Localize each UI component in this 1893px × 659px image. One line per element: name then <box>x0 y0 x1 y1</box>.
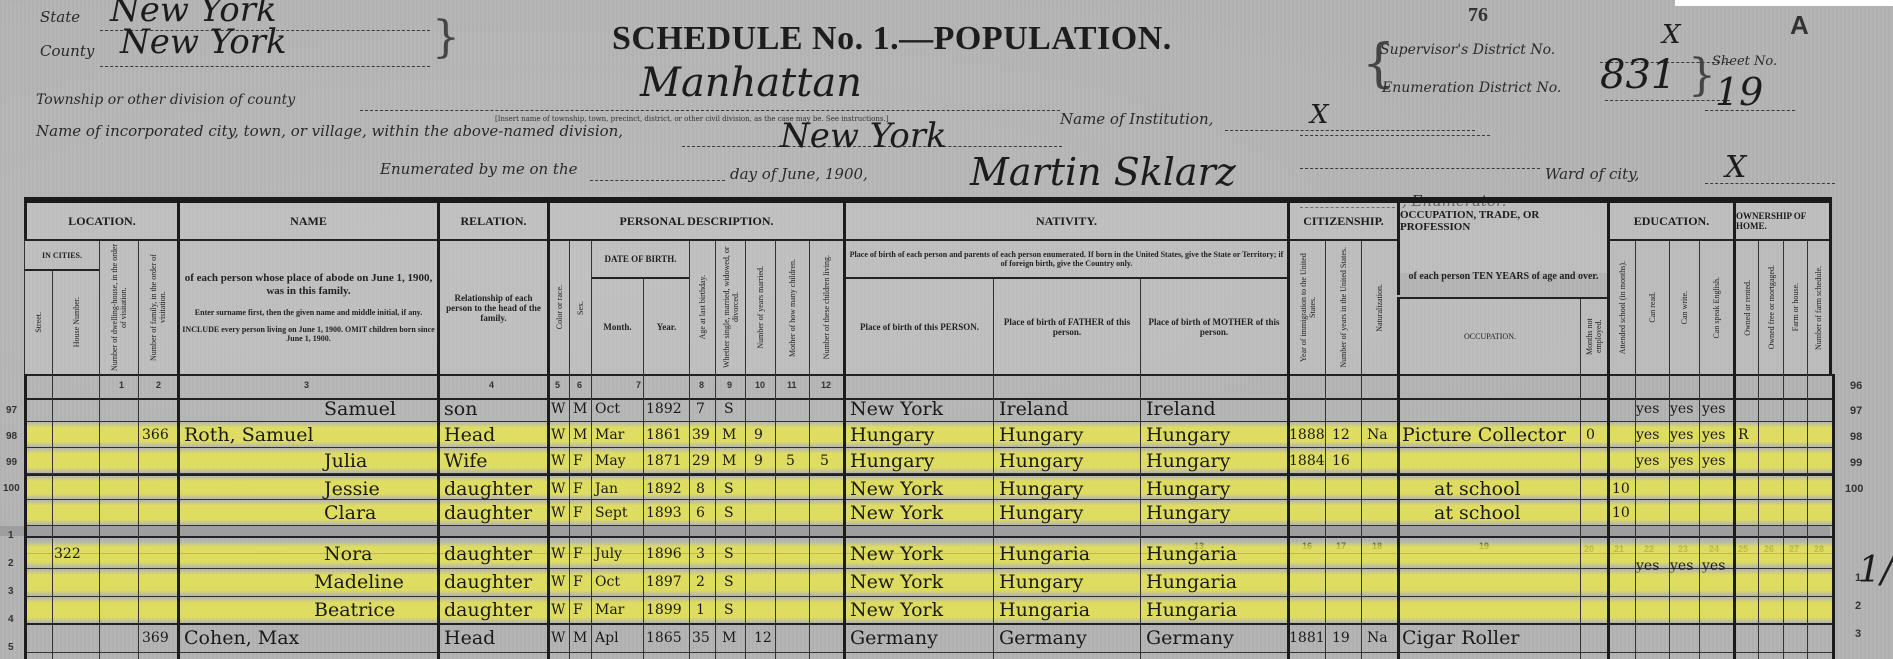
birthplace-father: Hungary <box>999 476 1083 502</box>
years-in-us: 16 <box>1332 448 1350 474</box>
mother-of: 5 <box>786 448 795 474</box>
relation: Head <box>444 422 495 448</box>
line-number: 5 <box>8 642 14 653</box>
subhead-year-immigration: Year of immigration to the United States… <box>1287 239 1325 374</box>
name-note-surname: Enter surname first, then the given name… <box>195 308 422 317</box>
relation: daughter <box>444 597 532 623</box>
grid-line <box>1832 374 1835 659</box>
subhead-age: Age at last birthday. <box>689 239 715 374</box>
group-nativity: NATIVITY. <box>843 203 1287 239</box>
table-row[interactable]: Clara daughter W F Sept 1893 6 S New Yor… <box>24 500 1832 526</box>
color: W <box>551 597 565 623</box>
birthplace-person: New York <box>850 476 943 502</box>
margin-annotation: 1/9 <box>1858 550 1893 591</box>
line-number: 97 <box>6 405 17 416</box>
subhead-attended-school: Attended school (in months). <box>1607 239 1635 374</box>
grid-line <box>745 374 746 659</box>
birthplace-person: New York <box>850 396 943 422</box>
enumeration-district-label: Enumeration District No. <box>1382 80 1561 96</box>
birthplace-mother: Hungaria <box>1146 569 1237 595</box>
birthplace-mother: Hungaria <box>1146 597 1237 623</box>
grid-line <box>1607 374 1610 659</box>
children-living: 5 <box>820 448 829 474</box>
color: W <box>551 569 565 595</box>
ward-lead-line <box>1300 168 1540 169</box>
age: 7 <box>696 396 705 422</box>
subhead-date-of-birth: DATE OF BIRTH. <box>591 239 689 277</box>
birthplace-mother: Germany <box>1146 625 1234 651</box>
subhead-occupation-desc: of each person TEN YEARS of age and over… <box>1397 257 1607 295</box>
age: 29 <box>692 448 710 474</box>
relation: daughter <box>444 569 532 595</box>
subhead-can-write: Can write. <box>1669 239 1699 374</box>
grid-line <box>138 374 139 659</box>
given-name: Julia <box>324 448 367 474</box>
grid-line <box>1325 374 1326 659</box>
birthplace-mother: Ireland <box>1146 396 1216 422</box>
township-value: Manhattan <box>640 60 862 106</box>
age: 3 <box>696 541 705 567</box>
subhead-street: Street. <box>24 269 52 374</box>
column-number: 6 <box>577 380 582 390</box>
county-label: County <box>40 42 94 60</box>
table-row[interactable]: Jessie daughter W F Jan 1892 8 S New Yor… <box>24 474 1832 500</box>
given-name: Madeline <box>314 569 404 595</box>
naturalization: Na <box>1367 422 1388 448</box>
months-unemployed-text: Months not employed. <box>1585 301 1603 372</box>
occupation: Picture Collector <box>1402 422 1566 448</box>
color: W <box>551 625 565 651</box>
subhead-birth-person: Place of birth of this PERSON. <box>843 277 993 374</box>
birthplace-person: Hungary <box>850 448 934 474</box>
birth-year: 1892 <box>646 396 682 422</box>
right-line-number: 97 <box>1850 405 1862 417</box>
subhead-month: Month. <box>591 277 643 374</box>
table-row[interactable]: Beatrice daughter W F Mar 1899 1 S New Y… <box>24 597 1832 625</box>
grid-line <box>177 374 180 659</box>
years-married-text: Number of years married. <box>756 266 765 349</box>
marital-status: S <box>724 541 734 567</box>
sheet-value: 19 <box>1715 70 1763 114</box>
institution-line <box>1225 130 1475 131</box>
sex: M <box>573 396 587 422</box>
relation: Head <box>444 625 495 651</box>
grid-line <box>1783 374 1784 659</box>
birth-year: 1896 <box>646 541 682 567</box>
years-married: 9 <box>754 448 763 474</box>
ward-value: X <box>1725 150 1746 185</box>
can-write-text: Can write. <box>1680 291 1689 324</box>
grid-line <box>1758 374 1759 659</box>
column-number: 7 <box>636 380 641 390</box>
owned-rented: R <box>1738 422 1749 448</box>
can-write: yes <box>1670 422 1693 448</box>
birth-year: 1893 <box>646 500 682 526</box>
can-read: yes <box>1636 422 1659 448</box>
group-citizenship: CITIZENSHIP. <box>1287 203 1397 239</box>
grid-line <box>1287 374 1290 659</box>
color: W <box>551 476 565 502</box>
column-number: 8 <box>699 380 704 390</box>
population-schedule-table: LOCATION. NAME RELATION. PERSONAL DESCRI… <box>24 197 1832 659</box>
birth-month: Jan <box>595 476 618 502</box>
column-number: 10 <box>755 380 765 390</box>
grid-line <box>1397 374 1400 659</box>
grid-line <box>52 374 53 659</box>
age: 35 <box>692 625 710 651</box>
birthplace-father: Hungaria <box>999 541 1090 567</box>
attended-school-text: Attended school (in months). <box>1618 261 1627 354</box>
dwelling-number-text: Number of dwelling-house, in the order o… <box>110 243 128 372</box>
birth-year: 1892 <box>646 476 682 502</box>
table-row[interactable]: 366 Roth, Samuel Head W M Mar 1861 39 M … <box>24 422 1832 448</box>
line-number: 1 <box>8 530 14 541</box>
birthplace-mother: Hungary <box>1146 476 1230 502</box>
grid-line <box>547 374 550 659</box>
grid-line <box>1635 374 1636 659</box>
schedule-number-text: Number of farm schedule. <box>1814 266 1823 350</box>
naturalization: Na <box>1367 625 1388 651</box>
column-number: 11 <box>787 380 797 390</box>
county-value: New York <box>120 22 287 62</box>
brace-icon: } <box>432 12 460 63</box>
line-number: 2 <box>8 558 14 569</box>
color-text: Color or race. <box>555 285 564 329</box>
sex: M <box>573 625 587 651</box>
full-name: Cohen, Max <box>184 625 299 651</box>
subhead-owned-rented: Owned or rented. <box>1733 239 1758 374</box>
township-line <box>360 110 1060 111</box>
marital-status: M <box>722 448 736 474</box>
state-label: State <box>40 8 80 26</box>
can-speak-english: yes <box>1702 448 1725 474</box>
relation: daughter <box>444 476 532 502</box>
subhead-schedule-number: Number of farm schedule. <box>1807 239 1832 374</box>
birth-month: Mar <box>595 597 624 623</box>
group-personal-description: PERSONAL DESCRIPTION. <box>547 203 843 239</box>
sex: F <box>573 500 583 526</box>
can-speak-english: yes <box>1702 422 1725 448</box>
relation: Wife <box>444 448 488 474</box>
census-page: State New York County New York } SCHEDUL… <box>0 0 1893 659</box>
birth-year: 1861 <box>646 422 682 448</box>
birthplace-person: New York <box>850 569 943 595</box>
grid-line <box>715 374 716 659</box>
institution-line-2 <box>1300 135 1490 136</box>
subhead-can-speak-english: Can speak English. <box>1699 239 1733 374</box>
color: W <box>551 541 565 567</box>
given-name: Beatrice <box>314 597 395 623</box>
right-line-number: 100 <box>1845 483 1863 495</box>
years-in-us: 12 <box>1332 422 1350 448</box>
owned-rented-text: Owned or rented. <box>1743 280 1752 336</box>
color: W <box>551 396 565 422</box>
column-number: 5 <box>555 380 560 390</box>
table-row[interactable]: Julia Wife W F May 1871 29 M 9 5 5 Hunga… <box>24 448 1832 474</box>
birthplace-father: Hungary <box>999 448 1083 474</box>
subhead-can-read: Can read. <box>1635 239 1669 374</box>
group-ownership-of-home: OWNERSHIP OF HOME. <box>1733 203 1832 239</box>
attended-school: 10 <box>1612 500 1630 526</box>
occupation: at school <box>1434 500 1521 526</box>
birthplace-father: Hungary <box>999 422 1083 448</box>
birthplace-person: New York <box>850 597 943 623</box>
scan-seam <box>0 526 1830 536</box>
subhead-owned-free: Owned free or mortgaged. <box>1758 239 1783 374</box>
subhead-naturalization: Naturalization. <box>1361 239 1397 374</box>
subhead-children-living: Number of these children living. <box>809 239 843 374</box>
birthplace-mother: Hungaria <box>1146 541 1237 567</box>
marital-status: S <box>724 569 734 595</box>
relation: daughter <box>444 500 532 526</box>
can-speak-english: yes <box>1702 396 1725 422</box>
attended-school: 10 <box>1612 476 1630 502</box>
grid-line <box>1807 374 1808 659</box>
can-read: yes <box>1636 448 1659 474</box>
grid-line <box>1361 374 1362 659</box>
family-number-text: Number of family, in the order of visita… <box>149 243 167 372</box>
marital-status: M <box>722 422 736 448</box>
supervisor-district-label: Supervisor's District No. <box>1380 42 1555 58</box>
can-write: yes <box>1670 396 1693 422</box>
grid-line <box>843 374 846 659</box>
birthplace-father: Ireland <box>999 396 1069 422</box>
subhead-house-number: House Number. <box>52 269 99 374</box>
family-number: 369 <box>142 625 169 651</box>
grid-line <box>1733 374 1736 659</box>
right-line-number: 99 <box>1850 457 1862 469</box>
birthplace-father: Hungary <box>999 569 1083 595</box>
birthplace-person: New York <box>850 500 943 526</box>
year-immigration-text: Year of immigration to the United States… <box>1299 243 1317 372</box>
subhead-family-number: Number of family, in the order of visita… <box>138 239 177 374</box>
institution-label: Name of Institution, <box>1060 110 1213 128</box>
color: W <box>551 448 565 474</box>
marital-text: Whether single, married, widowed, or div… <box>722 243 740 372</box>
name-note-include: INCLUDE every person living on June 1, 1… <box>182 325 435 343</box>
column-number: 12 <box>821 380 831 390</box>
street-text: Street. <box>34 312 43 333</box>
birth-year: 1871 <box>646 448 682 474</box>
grid-line <box>643 374 644 659</box>
birthplace-father: Hungary <box>999 500 1083 526</box>
birthplace-person: New York <box>850 541 943 567</box>
group-name: NAME <box>177 203 437 239</box>
page-title: SCHEDULE No. 1.—POPULATION. <box>612 20 1172 58</box>
table-row[interactable]: son Samuel W M Oct 1892 7 S New York Ire… <box>24 396 1832 422</box>
age-text: Age at last birthday. <box>698 275 707 339</box>
subhead-birth-father: Place of birth of FATHER of this person. <box>993 277 1140 374</box>
sex: M <box>573 422 587 448</box>
sheet-letter: A <box>1790 10 1809 41</box>
birthplace-father: Hungaria <box>999 597 1090 623</box>
right-line-number: 96 <box>1850 380 1862 392</box>
owned-free-text: Owned free or mortgaged. <box>1767 265 1776 349</box>
year-immigration: 1881 <box>1289 625 1325 651</box>
mother-of-text: Mother of how many children. <box>788 259 797 357</box>
column-number: 2 <box>156 380 161 390</box>
age: 2 <box>696 569 705 595</box>
column-number: 1 <box>119 380 124 390</box>
grid-line <box>569 374 570 659</box>
page-number: 76 <box>1468 4 1488 27</box>
months-unemployed: 0 <box>1586 422 1595 448</box>
marital-status: S <box>724 597 734 623</box>
subhead-year: Year. <box>643 277 689 374</box>
enumerator-signature: Martin Sklarz <box>970 150 1236 194</box>
marital-status: S <box>724 476 734 502</box>
grid-line <box>99 374 100 659</box>
subhead-birth-mother: Place of birth of MOTHER of this person. <box>1140 277 1287 374</box>
sex: F <box>573 476 583 502</box>
scan-edge <box>1675 0 1893 6</box>
age: 6 <box>696 500 705 526</box>
birth-month: Oct <box>595 569 620 595</box>
relation: son <box>444 396 477 422</box>
township-label: Township or other division of county <box>36 92 295 108</box>
grid-line <box>993 374 994 659</box>
can-read: yes <box>1636 396 1659 422</box>
subhead-occupation: OCCUPATION. <box>1397 297 1580 374</box>
can-read-text: Can read. <box>1648 292 1657 323</box>
marital-status: M <box>722 625 736 651</box>
family-number: 366 <box>142 422 169 448</box>
incorporated-value: New York <box>780 116 947 156</box>
marital-status: S <box>724 500 734 526</box>
sex: F <box>573 541 583 567</box>
line-number: 4 <box>8 614 14 625</box>
sex: F <box>573 569 583 595</box>
group-relation: RELATION. <box>437 203 547 239</box>
birth-year: 1899 <box>646 597 682 623</box>
age: 1 <box>696 597 705 623</box>
year-immigration: 1884 <box>1289 448 1325 474</box>
years-married: 12 <box>754 625 772 651</box>
year-immigration: 1888 <box>1289 422 1325 448</box>
supervisor-district-value: X <box>1662 20 1681 50</box>
grid-line <box>24 374 27 659</box>
given-name: Nora <box>324 541 372 567</box>
given-name: Samuel <box>324 396 396 422</box>
sex: F <box>573 448 583 474</box>
can-write: yes <box>1670 448 1693 474</box>
relation: daughter <box>444 541 532 567</box>
county-line <box>100 66 430 67</box>
grid-line <box>1580 374 1581 659</box>
enumerated-day-line <box>590 180 725 181</box>
grid-line <box>1699 374 1700 659</box>
column-number: 3 <box>304 380 309 390</box>
color: W <box>551 500 565 526</box>
birthplace-person: Germany <box>850 625 938 651</box>
line-number: 98 <box>6 431 17 442</box>
full-name: Roth, Samuel <box>184 422 314 448</box>
birth-month: Mar <box>595 422 624 448</box>
right-line-number: 98 <box>1850 431 1862 443</box>
birthplace-mother: Hungary <box>1146 448 1230 474</box>
birth-month: Apl <box>595 625 619 651</box>
institution-value: X <box>1310 100 1329 130</box>
subhead-relation: Relationship of each person to the head … <box>437 239 547 374</box>
house-number-text: House Number. <box>72 297 81 347</box>
group-location: LOCATION. <box>24 203 177 239</box>
given-name: Clara <box>324 500 376 526</box>
farm-house-text: Farm or house. <box>1791 283 1800 331</box>
color: W <box>551 422 565 448</box>
children-living-text: Number of these children living. <box>822 255 831 359</box>
birth-month: Sept <box>595 500 627 526</box>
grid-line <box>1140 374 1141 659</box>
table-row[interactable]: 369 Cohen, Max Head W M Apl 1865 35 M 12… <box>24 625 1832 653</box>
birthplace-father: Germany <box>999 625 1087 651</box>
line-number: 99 <box>6 457 17 468</box>
years-in-us: 19 <box>1332 625 1350 651</box>
birth-month: Oct <box>595 396 620 422</box>
grid-line <box>437 374 440 659</box>
birth-month: May <box>595 448 626 474</box>
table-row[interactable]: Madeline daughter W F Oct 1897 2 S New Y… <box>24 569 1832 597</box>
years-married: 9 <box>754 422 763 448</box>
grid-line <box>689 374 690 659</box>
ward-label: Ward of city, <box>1545 165 1639 183</box>
right-line-number: 2 <box>1855 600 1861 612</box>
grid-line <box>591 374 592 659</box>
subhead-dwelling-number: Number of dwelling-house, in the order o… <box>99 239 138 374</box>
marital-status: S <box>724 396 734 422</box>
subhead-color: Color or race. <box>547 239 569 374</box>
incorporated-label: Name of incorporated city, town, or vill… <box>36 122 623 140</box>
occupation: Cigar Roller <box>1402 625 1519 651</box>
subhead-name: of each person whose place of abode on J… <box>177 239 437 374</box>
birthplace-mother: Hungary <box>1146 422 1230 448</box>
birth-month: July <box>595 541 622 567</box>
group-education: EDUCATION. <box>1607 203 1733 239</box>
grid-line <box>775 374 776 659</box>
line-number: 3 <box>8 586 14 597</box>
birthplace-mother: Hungary <box>1146 500 1230 526</box>
subhead-mother-of: Mother of how many children. <box>775 239 809 374</box>
subhead-nativity-desc: Place of birth of each person and parent… <box>843 239 1287 277</box>
subhead-years-married: Number of years married. <box>745 239 775 374</box>
age: 8 <box>696 476 705 502</box>
given-name: Jessie <box>324 476 380 502</box>
name-description: of each person whose place of abode on J… <box>182 272 435 298</box>
years-in-us-text: Number of years in the United States. <box>1339 247 1348 368</box>
house-number: 322 <box>54 541 81 567</box>
subhead-farm-house: Farm or house. <box>1783 239 1807 374</box>
enumerated-label: Enumerated by me on the <box>380 160 578 178</box>
sex-text: Sex. <box>576 301 585 315</box>
age: 39 <box>692 422 710 448</box>
subhead-years-in-us: Number of years in the United States. <box>1325 239 1361 374</box>
naturalization-text: Naturalization. <box>1375 284 1384 332</box>
right-line-number: 3 <box>1855 628 1861 640</box>
occupation: at school <box>1434 476 1521 502</box>
can-speak-english-text: Can speak English. <box>1712 277 1721 339</box>
grid-line <box>1669 374 1670 659</box>
table-row[interactable]: 322 Nora daughter W F July 1896 3 S New … <box>24 541 1832 569</box>
grid-line <box>809 374 810 659</box>
column-number: 9 <box>727 380 732 390</box>
day-of-june-label: day of June, 1900, <box>730 165 868 183</box>
birth-year: 1897 <box>646 569 682 595</box>
subhead-in-cities: IN CITIES. <box>24 239 99 269</box>
column-number: 4 <box>489 380 494 390</box>
subhead-months-unemployed: Months not employed. <box>1580 297 1607 374</box>
subhead-sex: Sex. <box>569 239 591 374</box>
enumeration-district-value: 831 <box>1600 52 1676 98</box>
birthplace-person: Hungary <box>850 422 934 448</box>
